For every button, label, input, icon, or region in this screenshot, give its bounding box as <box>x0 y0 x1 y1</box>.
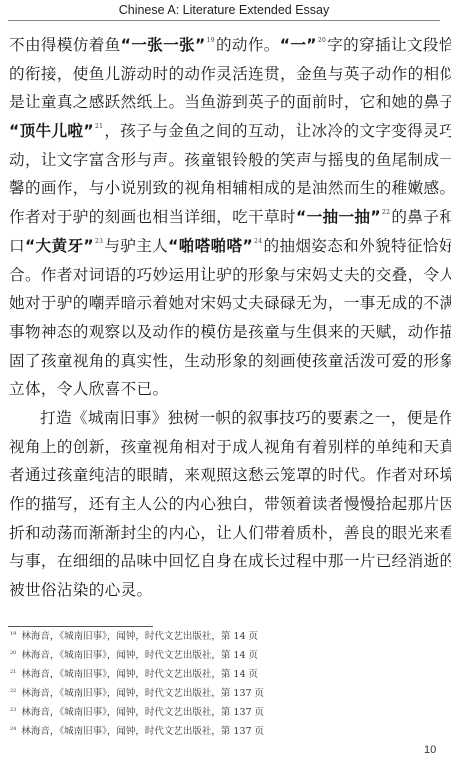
text-line: 她对于驴的嘲弄暗示着她对宋妈丈夫碌碌无为，一事无成的不满。对 <box>9 291 441 320</box>
footnote-text: 林海音，《城南旧事》，闻钟，时代文艺出版社，第 14 页 <box>21 669 258 680</box>
footnote-item: 19林海音，《城南旧事》，闻钟，时代文艺出版社，第 14 页 <box>9 629 264 648</box>
text-line: 视角上的创新，孩童视角相对于成人视角有着别样的单纯和天真。作 <box>9 435 441 464</box>
text-span: 不由得模仿着鱼 <box>9 36 121 54</box>
text-line: 立体，令人欣喜不已。 <box>9 377 441 406</box>
footnote-text: 林海音，《城南旧事》，闻钟，时代文艺出版社，第 137 页 <box>21 688 264 699</box>
page-number: 10 <box>424 744 436 756</box>
running-header: Chinese A: Literature Extended Essay <box>8 2 440 18</box>
text-span: 折和动荡而渐渐封尘的内心，让人们带着质朴，善良的眼光来看待人 <box>9 524 451 542</box>
text-line: 馨的画作，与小说别致的视角相辅相成的是油然而生的稚嫩感。同样， <box>9 176 441 205</box>
footnote-text: 林海音，《城南旧事》，闻钟，时代文艺出版社，第 14 页 <box>21 631 258 642</box>
text-span: 的鼻子和那 <box>391 208 451 226</box>
text-span: ，孩子与金鱼之间的互动，让冰冷的文字变得灵巧生 <box>104 122 451 140</box>
text-span: 作者对于驴的刻画也相当详细，吃干草时 <box>9 208 296 226</box>
text-line: 者通过孩童纯洁的眼睛，来观照这愁云笼罩的时代。作者对环境，动 <box>9 463 441 492</box>
text-span: 的动作。 <box>216 36 280 54</box>
text-span: 打造《城南旧事》独树一帜的叙事技巧的要素之一，便是作者在 <box>40 409 451 427</box>
footnote-ref[interactable]: 21 <box>95 123 103 130</box>
text-span: 事物神态的观察以及动作的模仿是孩童与生俱来的天赋，动作描写巩 <box>9 323 451 341</box>
quoted-phrase: “顶牛儿啦” <box>9 122 94 140</box>
footnote-number: 21 <box>10 669 16 675</box>
footnote-item: 24林海音，《城南旧事》，闻钟，时代文艺出版社，第 137 页 <box>9 724 264 743</box>
footnote-item: 23林海音，《城南旧事》，闻钟，时代文艺出版社，第 137 页 <box>9 705 264 724</box>
quoted-phrase: “大黄牙” <box>25 237 94 255</box>
footnote-text: 林海音，《城南旧事》，闻钟，时代文艺出版社，第 137 页 <box>21 726 264 737</box>
footnote-ref[interactable]: 23 <box>95 238 103 245</box>
text-span: 与事，在细细的品味中回忆自身在成长过程中那一片已经消逝的，不 <box>9 552 451 570</box>
text-line: 口“大黄牙”23与驴主人“啪嗒啪嗒”24的抽烟姿态和外貌特征恰好迎 <box>9 234 441 263</box>
footnote-number: 24 <box>10 726 16 732</box>
footnote-text: 林海音，《城南旧事》，闻钟，时代文艺出版社，第 14 页 <box>21 650 258 661</box>
essay-body: 不由得模仿着鱼“一张一张”19的动作。“一”20字的穿插让文段恰好的衔接，使鱼儿… <box>9 33 441 607</box>
text-span: 作的描写，还有主人公的内心独白，带领着读者慢慢拾起那片因为波 <box>9 495 451 513</box>
text-line: “顶牛儿啦”21，孩子与金鱼之间的互动，让冰冷的文字变得灵巧生 <box>9 119 441 148</box>
text-line: 事物神态的观察以及动作的模仿是孩童与生俱来的天赋，动作描写巩 <box>9 320 441 349</box>
text-span: 固了孩童视角的真实性，生动形象的刻画使孩童活泼可爱的形象更加 <box>9 352 451 370</box>
footnote-item: 20林海音，《城南旧事》，闻钟，时代文艺出版社，第 14 页 <box>9 648 264 667</box>
text-span: 口 <box>9 237 25 255</box>
quoted-phrase: “一张一张” <box>121 36 206 54</box>
text-span: 的抽烟姿态和外貌特征恰好迎 <box>263 237 451 255</box>
footnote-number: 19 <box>10 631 16 637</box>
footnote-text: 林海音，《城南旧事》，闻钟，时代文艺出版社，第 137 页 <box>21 707 264 718</box>
text-span: 馨的画作，与小说别致的视角相辅相成的是油然而生的稚嫩感。同样， <box>9 179 451 197</box>
footnotes: 19林海音，《城南旧事》，闻钟，时代文艺出版社，第 14 页20林海音，《城南旧… <box>9 629 264 743</box>
text-span: 她对于驴的嘲弄暗示着她对宋妈丈夫碌碌无为，一事无成的不满。对 <box>9 294 451 312</box>
text-line: 打造《城南旧事》独树一帜的叙事技巧的要素之一，便是作者在 <box>9 406 441 435</box>
text-line: 是让童真之感跃然纸上。当鱼游到英子的面前时，它和她的鼻子便 <box>9 90 441 119</box>
text-span: 的衔接，使鱼儿游动时的动作灵活连贯，金鱼与英子动作的相似性更 <box>9 65 451 83</box>
text-line: 折和动荡而渐渐封尘的内心，让人们带着质朴，善良的眼光来看待人 <box>9 521 441 550</box>
footnote-ref[interactable]: 19 <box>207 37 215 44</box>
text-span: 被世俗沾染的心灵。 <box>9 581 153 599</box>
text-line: 作的描写，还有主人公的内心独白，带领着读者慢慢拾起那片因为波 <box>9 492 441 521</box>
text-line: 作者对于驴的刻画也相当详细，吃干草时“一抽一抽”22的鼻子和那 <box>9 205 441 234</box>
text-span: 字的穿插让文段恰好 <box>327 36 451 54</box>
quoted-phrase: “一” <box>280 36 317 54</box>
text-line: 动，让文字富含形与声。孩童银铃般的笑声与摇曳的鱼尾制成一副温 <box>9 148 441 177</box>
text-span: 动，让文字富含形与声。孩童银铃般的笑声与摇曳的鱼尾制成一副温 <box>9 151 451 169</box>
footnote-divider <box>8 626 153 627</box>
footnote-number: 20 <box>10 650 16 656</box>
text-span: 者通过孩童纯洁的眼睛，来观照这愁云笼罩的时代。作者对环境，动 <box>9 466 451 484</box>
quoted-phrase: “啪嗒啪嗒” <box>168 237 253 255</box>
footnote-item: 21林海音，《城南旧事》，闻钟，时代文艺出版社，第 14 页 <box>9 667 264 686</box>
text-line: 不由得模仿着鱼“一张一张”19的动作。“一”20字的穿插让文段恰好 <box>9 33 441 62</box>
text-line: 的衔接，使鱼儿游动时的动作灵活连贯，金鱼与英子动作的相似性更 <box>9 62 441 91</box>
text-line: 被世俗沾染的心灵。 <box>9 578 441 607</box>
footnote-number: 22 <box>10 688 16 694</box>
text-span: 立体，令人欣喜不已。 <box>9 380 168 398</box>
text-span: 视角上的创新，孩童视角相对于成人视角有着别样的单纯和天真。作 <box>9 438 451 456</box>
text-span: 与驴主人 <box>104 237 168 255</box>
quoted-phrase: “一抽一抽” <box>296 208 381 226</box>
text-span: 是让童真之感跃然纸上。当鱼游到英子的面前时，它和她的鼻子便 <box>9 93 451 111</box>
text-line: 与事，在细细的品味中回忆自身在成长过程中那一片已经消逝的，不 <box>9 549 441 578</box>
text-line: 固了孩童视角的真实性，生动形象的刻画使孩童活泼可爱的形象更加 <box>9 349 441 378</box>
text-span: 合。作者对词语的巧妙运用让驴的形象与宋妈丈夫的交叠，令人生厌。 <box>9 266 451 284</box>
footnote-ref[interactable]: 22 <box>382 209 390 216</box>
footnote-ref[interactable]: 24 <box>254 238 262 245</box>
footnote-item: 22林海音，《城南旧事》，闻钟，时代文艺出版社，第 137 页 <box>9 686 264 705</box>
footnote-ref[interactable]: 20 <box>318 37 326 44</box>
text-line: 合。作者对词语的巧妙运用让驴的形象与宋妈丈夫的交叠，令人生厌。 <box>9 263 441 292</box>
header-divider <box>8 20 440 21</box>
footnote-number: 23 <box>10 707 16 713</box>
